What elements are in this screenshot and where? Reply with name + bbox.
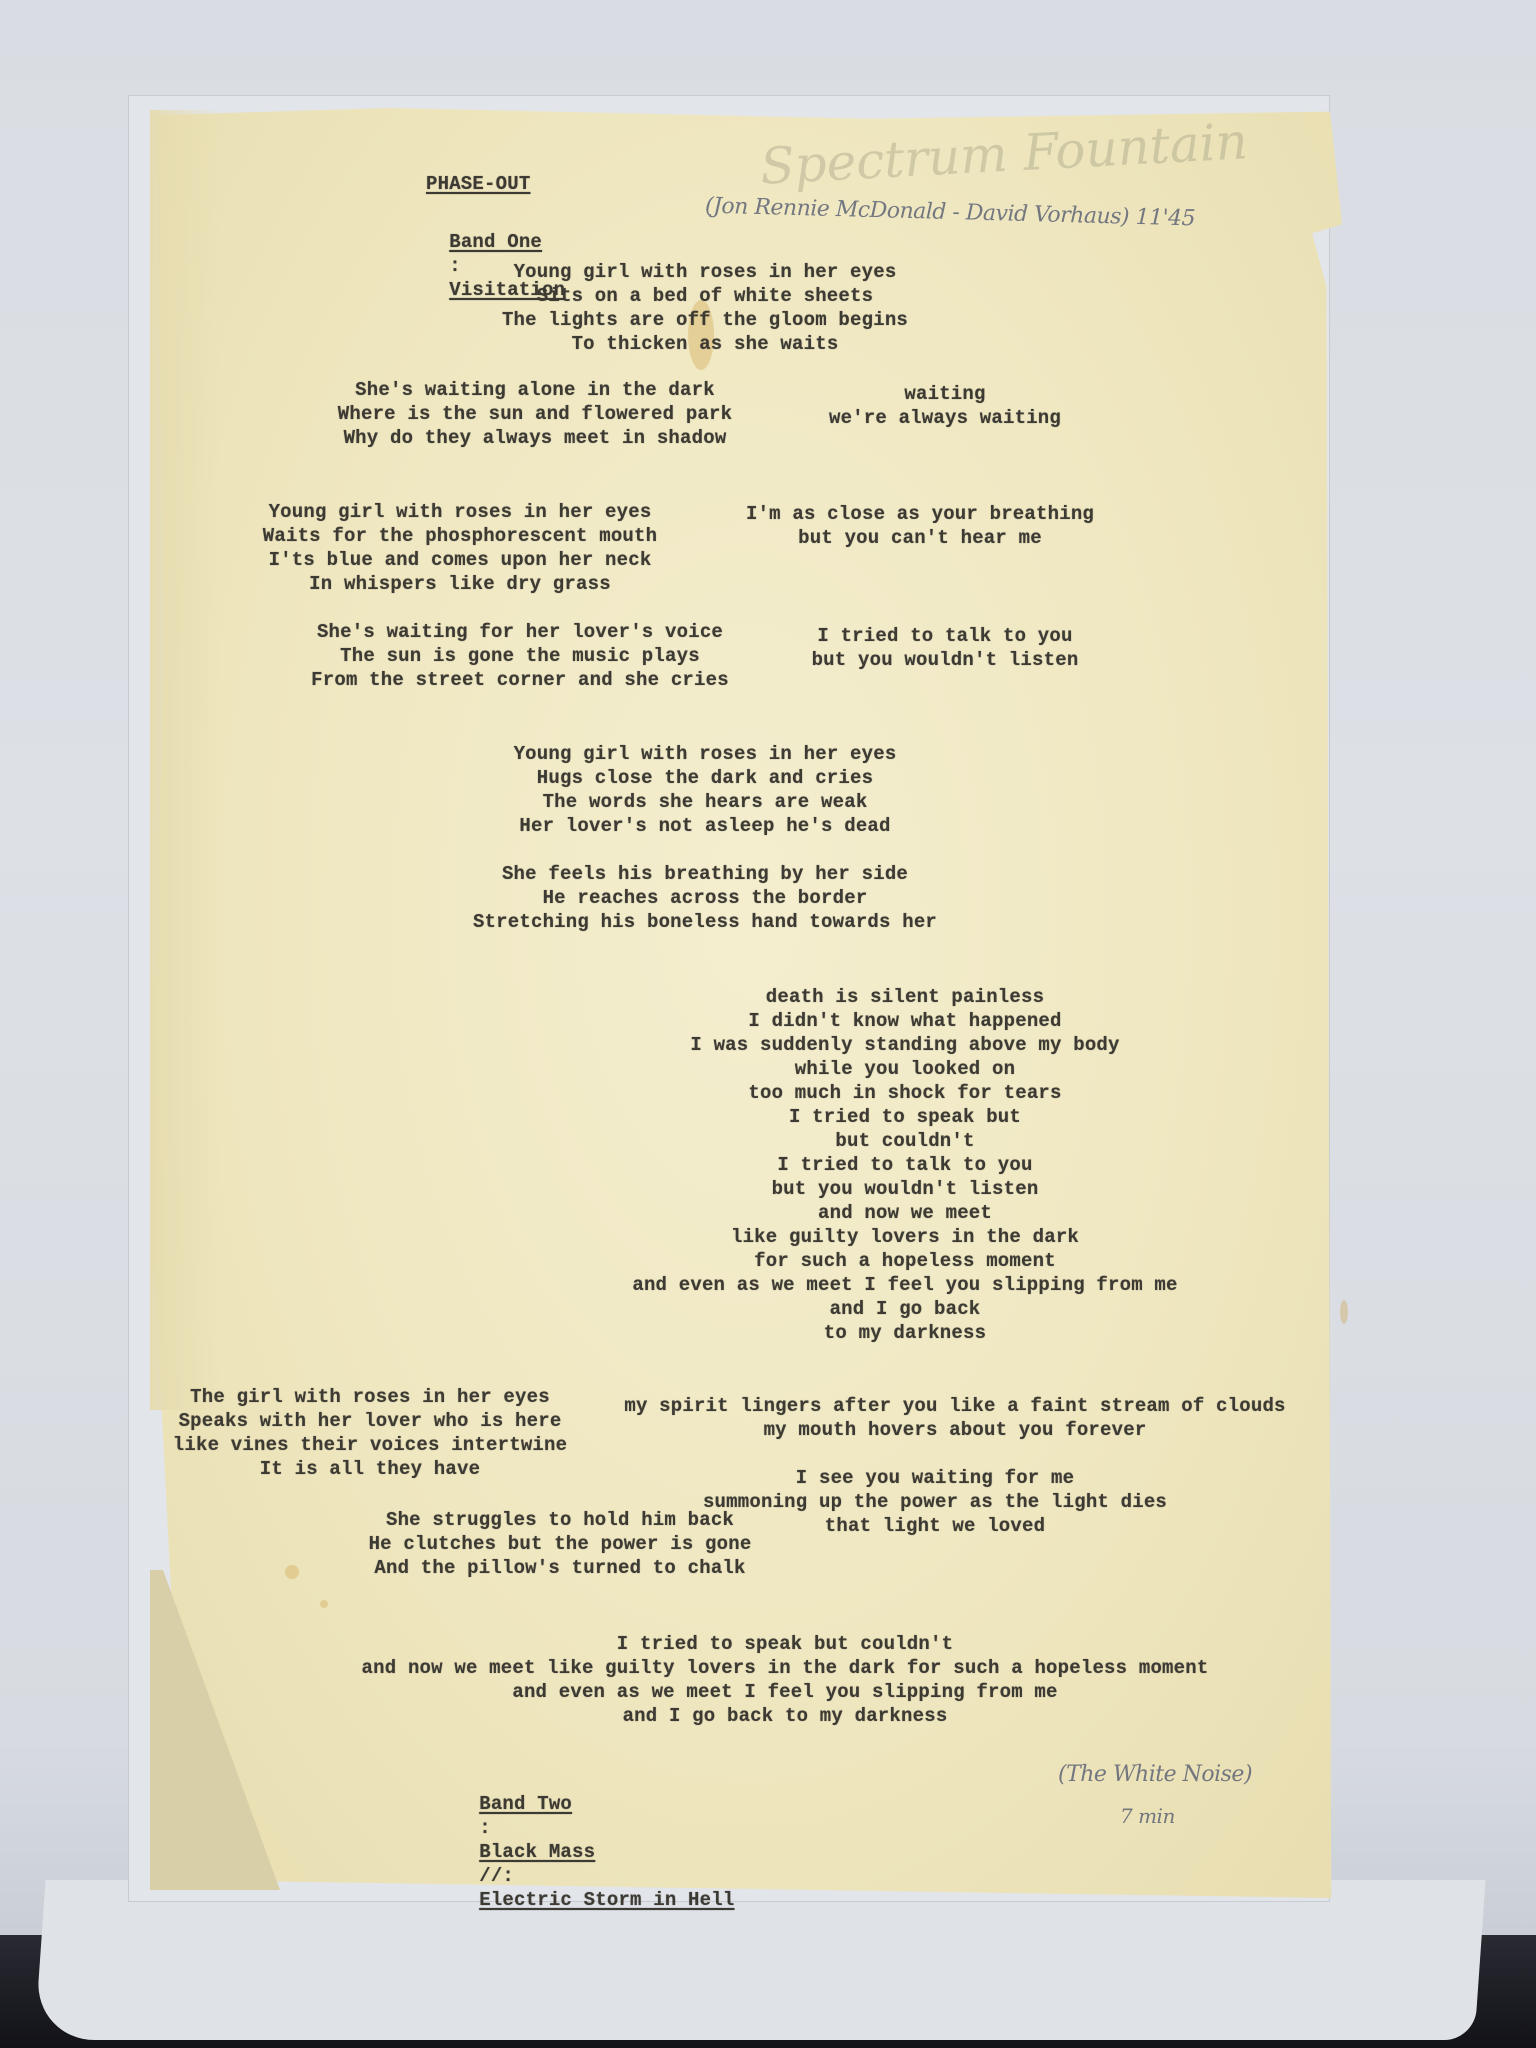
- lyric-line: She's waiting alone in the dark: [310, 378, 760, 402]
- lyric-line: He clutches but the power is gone: [350, 1532, 770, 1556]
- lyric-line: The girl with roses in her eyes: [160, 1385, 580, 1409]
- band-two-track-b: Electric Storm in Hell: [479, 1889, 734, 1911]
- stanza-2-right: waitingwe're always waiting: [800, 382, 1090, 430]
- lyric-line: Young girl with roses in her eyes: [470, 260, 940, 284]
- lyric-line: while you looked on: [600, 1057, 1210, 1081]
- stanza-8-left: The girl with roses in her eyesSpeaks wi…: [160, 1385, 580, 1481]
- lyric-line: Where is the sun and flowered park: [310, 402, 760, 426]
- band-two-separator: :: [479, 1817, 491, 1839]
- lyric-line: Why do they always meet in shadow: [310, 426, 760, 450]
- lyric-line: but you wouldn't listen: [790, 648, 1100, 672]
- stain: [1340, 1300, 1348, 1324]
- stanza-8-right: my spirit lingers after you like a faint…: [595, 1394, 1315, 1442]
- lyric-line: I tried to talk to you: [600, 1153, 1210, 1177]
- lyric-line: It is all they have: [160, 1457, 580, 1481]
- stanza-1: Young girl with roses in her eyesSits on…: [470, 260, 940, 356]
- lyric-line: She feels his breathing by her side: [440, 862, 970, 886]
- stain: [285, 1565, 299, 1579]
- lyric-line: Young girl with roses in her eyes: [470, 742, 940, 766]
- lyric-line: I tried to talk to you: [790, 624, 1100, 648]
- stain: [320, 1600, 328, 1608]
- stanza-5: Young girl with roses in her eyesHugs cl…: [470, 742, 940, 838]
- lyric-line: From the street corner and she cries: [290, 668, 750, 692]
- band-two-heading: Band Two : Black Mass //: Electric Storm…: [456, 1768, 734, 1912]
- lyric-line: I'm as close as your breathing: [730, 502, 1110, 526]
- band-two-duration: 7 min: [1120, 1804, 1175, 1828]
- lyric-line: like vines their voices intertwine: [160, 1433, 580, 1457]
- lyric-line: I didn't know what happened: [600, 1009, 1210, 1033]
- lyric-line: and I go back to my darkness: [320, 1704, 1250, 1728]
- stanza-2-left: She's waiting alone in the darkWhere is …: [310, 378, 760, 450]
- stanza-6: She feels his breathing by her sideHe re…: [440, 862, 970, 934]
- band-one-separator: :: [449, 255, 461, 277]
- lyric-line: Waits for the phosphorescent mouth: [240, 524, 680, 548]
- lyric-line: Her lover's not asleep he's dead: [470, 814, 940, 838]
- lyric-line: Speaks with her lover who is here: [160, 1409, 580, 1433]
- stanza-9-left: She struggles to hold him backHe clutche…: [350, 1508, 770, 1580]
- lyric-line: She's waiting for her lover's voice: [290, 620, 750, 644]
- lyric-line: but you can't hear me: [730, 526, 1110, 550]
- stanza-3-right: I'm as close as your breathingbut you ca…: [730, 502, 1110, 550]
- lyric-line: The sun is gone the music plays: [290, 644, 750, 668]
- document-title: PHASE-OUT: [426, 172, 530, 196]
- lyric-line: too much in shock for tears: [600, 1081, 1210, 1105]
- lyric-line: She struggles to hold him back: [350, 1508, 770, 1532]
- band-one-label: Band One: [449, 231, 542, 253]
- lyric-line: To thicken as she waits: [470, 332, 940, 356]
- lyric-line: He reaches across the border: [440, 886, 970, 910]
- lyric-line: my mouth hovers about you forever: [595, 1418, 1315, 1442]
- stanza-7: death is silent painlessI didn't know wh…: [600, 985, 1210, 1345]
- lyric-line: and even as we meet I feel you slipping …: [600, 1273, 1210, 1297]
- lyric-line: and now we meet like guilty lovers in th…: [320, 1656, 1250, 1680]
- lyric-line: my spirit lingers after you like a faint…: [595, 1394, 1315, 1418]
- lyric-line: I was suddenly standing above my body: [600, 1033, 1210, 1057]
- stanza-4-left: She's waiting for her lover's voiceThe s…: [290, 620, 750, 692]
- band-two-label: Band Two: [479, 1793, 572, 1815]
- lyric-line: Young girl with roses in her eyes: [240, 500, 680, 524]
- lyric-line: like guilty lovers in the dark: [600, 1225, 1210, 1249]
- lyric-line: to my darkness: [600, 1321, 1210, 1345]
- stanza-10: I tried to speak but couldn'tand now we …: [320, 1632, 1250, 1728]
- lyric-line: we're always waiting: [800, 406, 1090, 430]
- lyric-line: I'ts blue and comes upon her neck: [240, 548, 680, 572]
- lyric-line: In whispers like dry grass: [240, 572, 680, 596]
- lyric-line: Hugs close the dark and cries: [470, 766, 940, 790]
- stanza-4-right: I tried to talk to youbut you wouldn't l…: [790, 624, 1100, 672]
- lyric-line: I tried to speak but: [600, 1105, 1210, 1129]
- lyric-line: waiting: [800, 382, 1090, 406]
- backing-sheet: [34, 1880, 1485, 2040]
- paper-shadow-left: [150, 110, 220, 1410]
- lyric-line: for such a hopeless moment: [600, 1249, 1210, 1273]
- lyric-line: and I go back: [600, 1297, 1210, 1321]
- lyric-line: The words she hears are weak: [470, 790, 940, 814]
- lyric-line: The lights are off the gloom begins: [470, 308, 940, 332]
- band-two-track-a: Black Mass: [479, 1841, 595, 1863]
- lyric-line: but you wouldn't listen: [600, 1177, 1210, 1201]
- lyric-line: Stretching his boneless hand towards her: [440, 910, 970, 934]
- lyric-line: and even as we meet I feel you slipping …: [320, 1680, 1250, 1704]
- lyric-line: I tried to speak but couldn't: [320, 1632, 1250, 1656]
- lyric-line: And the pillow's turned to chalk: [350, 1556, 770, 1580]
- band-two-credit: (The White Noise): [1058, 1762, 1252, 1787]
- lyric-line: but couldn't: [600, 1129, 1210, 1153]
- struck-mark: //:: [479, 1865, 514, 1887]
- lyric-line: Sits on a bed of white sheets: [470, 284, 940, 308]
- stanza-3-left: Young girl with roses in her eyesWaits f…: [240, 500, 680, 596]
- lyric-line: death is silent painless: [600, 985, 1210, 1009]
- lyric-line: I see you waiting for me: [690, 1466, 1180, 1490]
- lyric-line: and now we meet: [600, 1201, 1210, 1225]
